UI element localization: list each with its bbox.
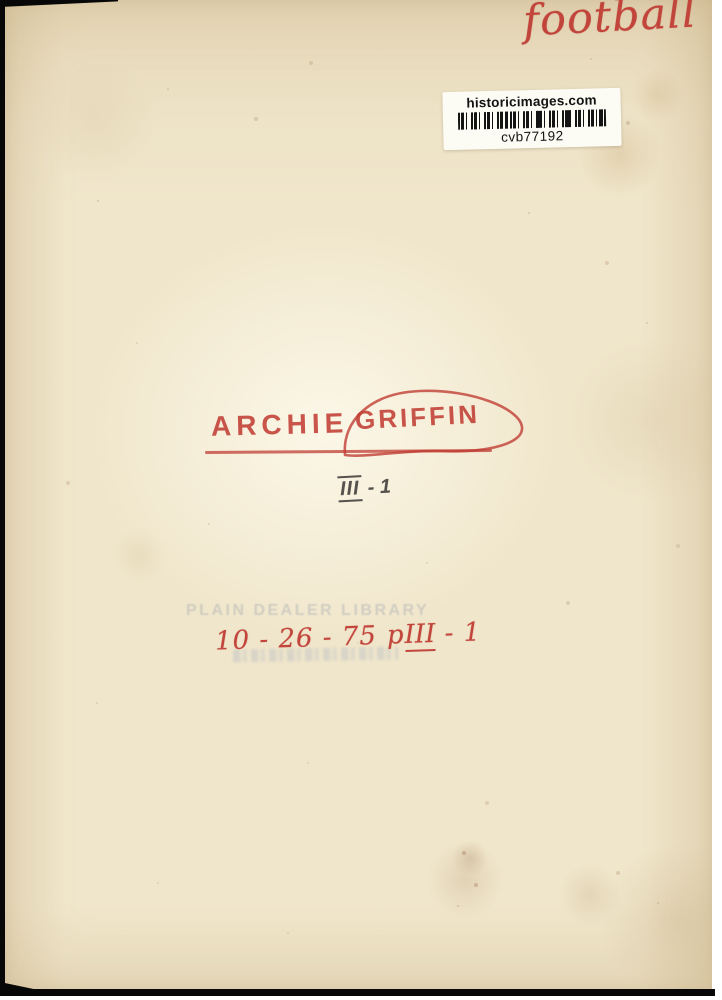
category-note-handwriting: football <box>522 0 698 47</box>
archive-stamp-faint: PLAIN DEALER LIBRARY <box>186 602 429 620</box>
pencil-roman-numeral: III <box>337 475 362 502</box>
photo-back-paper: football historicimages.com cvb77192 ARC… <box>5 0 712 990</box>
date-roman-numeral: III <box>404 619 436 652</box>
date-note-suffix: - 1 <box>435 617 482 649</box>
circle-annotation-icon <box>328 385 528 465</box>
edition-pencil-note: III- 1 <box>337 476 391 502</box>
date-text: 10 - 26 - 75 <box>215 621 378 657</box>
date-page-prefix: p <box>386 620 405 651</box>
sticker-site-label: historicimages.com <box>466 92 597 110</box>
inventory-sticker: historicimages.com cvb77192 <box>442 88 621 150</box>
sticker-inventory-code: cvb77192 <box>501 128 564 145</box>
pencil-note-suffix: - 1 <box>367 476 391 499</box>
barcode-icon <box>458 109 606 130</box>
date-handwriting: 10 - 26 - 75pIII - 1 <box>215 617 482 656</box>
scan-edge-bottom <box>0 989 715 996</box>
scan-edge-left <box>0 0 5 996</box>
